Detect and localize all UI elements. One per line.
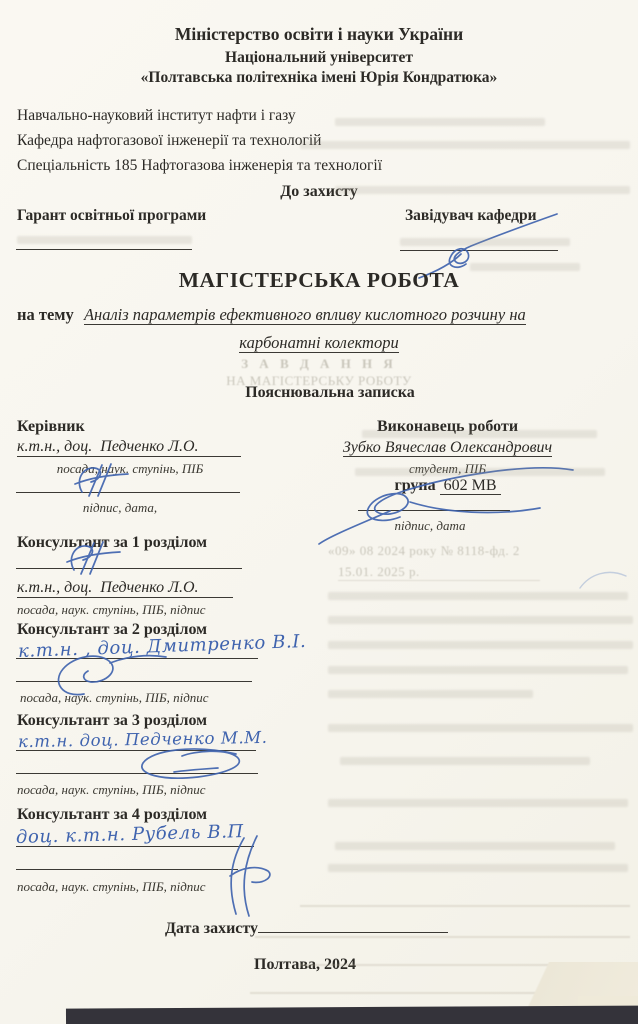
institute-line: Навчально-науковий інститут нафти і газу bbox=[17, 106, 296, 127]
bleed-bar bbox=[340, 757, 590, 765]
scanner-edge bbox=[66, 1005, 638, 1024]
consultant4-handwritten-name: доц. к.т.н. Рубель В.П bbox=[16, 821, 244, 848]
consultant1-name: к.т.н., доц. Педченко Л.О. bbox=[17, 579, 233, 598]
bleed-bar bbox=[300, 141, 630, 149]
specialty-line: Спеціальність 185 Нафтогазова інженерія … bbox=[17, 156, 382, 177]
bleed-bar bbox=[328, 724, 633, 732]
supervisor-label: Керівник bbox=[17, 418, 85, 436]
paper-streak bbox=[300, 905, 630, 907]
consultant4-signature-line bbox=[16, 869, 238, 870]
bleedthrough-order-fragment: «09» 08 2024 року № 8118-фд. 2 bbox=[328, 543, 520, 559]
consultant2-caption: посада, наук. ступінь, ПІБ, підпис bbox=[20, 690, 209, 706]
consultant1-caption: посада, наук. ступінь, ПІБ, підпис bbox=[17, 602, 206, 618]
paper-streak bbox=[255, 936, 630, 938]
bleed-bar bbox=[400, 238, 570, 246]
bleed-bar bbox=[335, 186, 630, 194]
bleed-bar bbox=[17, 236, 192, 244]
consultant4-label: Консультант за 4 розділом bbox=[17, 806, 207, 824]
bleed-bar bbox=[328, 616, 633, 624]
university-line2: «Полтавська політехніка імені Юрія Кондр… bbox=[0, 68, 638, 89]
university-line1: Національний університет bbox=[0, 48, 638, 69]
guarantor-signature-line bbox=[16, 249, 192, 250]
consultant4-signature bbox=[212, 834, 276, 920]
scanned-thesis-title-page: Міністерство освіти і науки України Наці… bbox=[0, 0, 638, 1024]
bleed-bar bbox=[355, 468, 605, 476]
department-line: Кафедра нафтогазової інженерії та технол… bbox=[17, 131, 321, 152]
bleed-bar bbox=[328, 690, 533, 698]
bleedthrough-task-title: З А В Д А Н Н Я bbox=[0, 356, 638, 372]
bleed-bar bbox=[328, 666, 628, 674]
bleedthrough-ink-curve bbox=[578, 568, 630, 594]
supervisor-name: к.т.н., доц. Педченко Л.О. bbox=[17, 438, 241, 457]
supervisor-signature bbox=[70, 462, 140, 500]
bleed-bar bbox=[335, 118, 545, 126]
defense-date-blank-line bbox=[258, 932, 448, 933]
bleed-bar bbox=[328, 799, 628, 807]
consultant1-signature bbox=[62, 540, 132, 578]
consultant3-caption: посада, наук. ступінь, ПІБ, підпис bbox=[17, 782, 206, 798]
bleed-bar bbox=[335, 842, 615, 850]
executor-name: Зубко Вячеслав Олександрович bbox=[343, 439, 552, 457]
note-type-label: Пояснювальна записка bbox=[0, 384, 638, 402]
bleed-bar bbox=[328, 641, 633, 649]
bleed-bar bbox=[328, 864, 628, 872]
topic-label: на тему bbox=[17, 305, 74, 324]
ministry-line: Міністерство освіти і науки України bbox=[0, 24, 638, 45]
consultant3-signature bbox=[130, 742, 260, 786]
work-type-title: МАГІСТЕРСЬКА РОБОТА bbox=[0, 268, 638, 293]
topic-text-line1: Аналіз параметрів ефективного впливу кис… bbox=[84, 305, 526, 325]
defense-date-label: Дата захисту bbox=[165, 920, 258, 937]
executor-sign-caption: підпис, дата bbox=[330, 518, 530, 534]
bleedthrough-date-fragment: 15.01. 2025 р. bbox=[338, 564, 540, 581]
bleed-bar bbox=[362, 430, 597, 438]
supervisor-sign-caption: підпис, дата, bbox=[40, 500, 200, 516]
consultant3-label: Консультант за 3 розділом bbox=[17, 712, 207, 730]
bleed-bar bbox=[470, 263, 580, 271]
consultant4-caption: посада, наук. ступінь, ПІБ, підпис bbox=[17, 879, 206, 895]
topic-text-line2: карбонатні колектори bbox=[239, 333, 398, 353]
guarantor-label: Гарант освітньої програми bbox=[17, 206, 206, 227]
